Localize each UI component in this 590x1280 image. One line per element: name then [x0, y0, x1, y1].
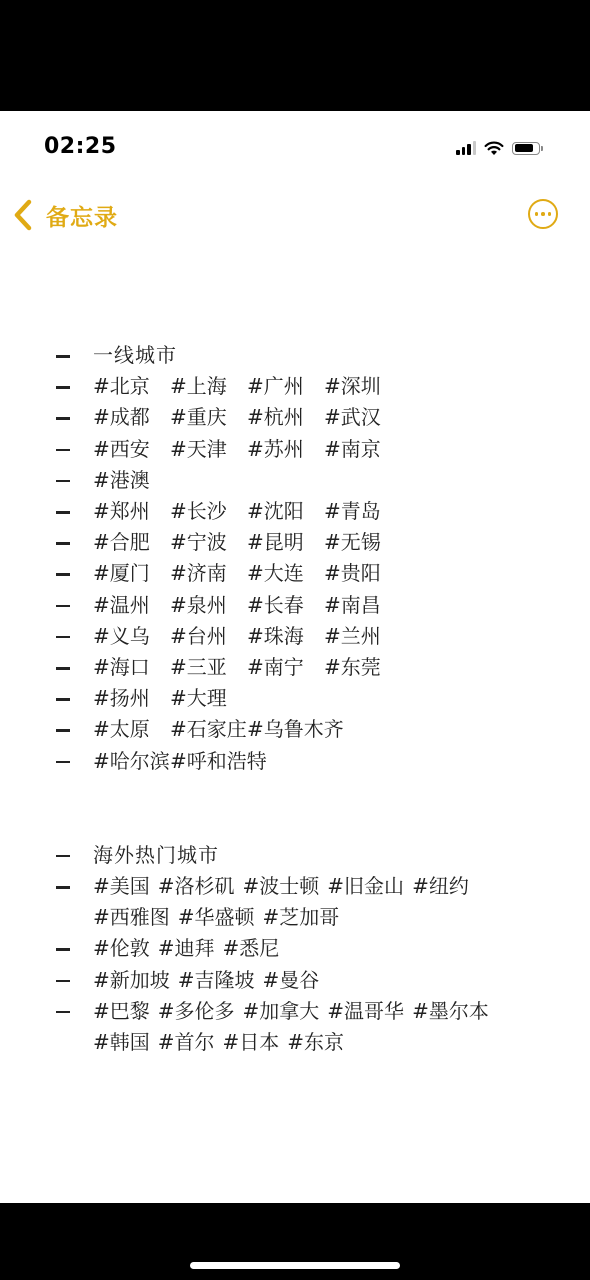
row-content: #港澳 [93, 465, 553, 496]
hashtag-link[interactable]: #北京 [93, 371, 170, 402]
hashtag-link[interactable]: #南昌 [324, 590, 394, 621]
chevron-left-icon [12, 198, 34, 232]
row-content: #太原#石家庄#乌鲁木齐 [93, 714, 553, 745]
list-item: #巴黎#多伦多#加拿大#温哥华#墨尔本#韩国#首尔#日本#东京 [0, 996, 590, 1058]
section-heading: 海外热门城市 [93, 840, 219, 871]
hashtag-link[interactable]: #港澳 [93, 465, 170, 496]
hashtag-link[interactable]: #泉州 [170, 590, 247, 621]
top-black-bar [0, 0, 590, 111]
hashtag-link[interactable]: #巴黎 [93, 996, 150, 1027]
hashtag-link[interactable]: #多伦多 [158, 996, 235, 1027]
hashtag-link[interactable]: #韩国 [93, 1027, 150, 1058]
hashtag-link[interactable]: #悉尼 [223, 933, 280, 964]
hashtag-link[interactable]: #迪拜 [158, 933, 215, 964]
hashtag-link[interactable]: #新加坡 [93, 965, 170, 996]
list-item: #义乌#台州#珠海#兰州 [0, 621, 590, 652]
hashtag-link[interactable]: #加拿大 [243, 996, 320, 1027]
row-content: 海外热门城市 [93, 840, 553, 871]
hashtag-link[interactable]: #芝加哥 [263, 902, 340, 933]
hashtag-link[interactable]: #珠海 [247, 621, 324, 652]
hashtag-link[interactable]: #哈尔滨 [93, 746, 170, 777]
wifi-icon [484, 141, 504, 156]
row-content: #合肥#宁波#昆明#无锡 [93, 527, 553, 558]
note-body[interactable]: 一线城市#北京#上海#广州#深圳#成都#重庆#杭州#武汉#西安#天津#苏州#南京… [0, 340, 590, 1058]
hashtag-link[interactable]: #天津 [170, 434, 247, 465]
hashtag-link[interactable]: #首尔 [158, 1027, 215, 1058]
list-item: #温州#泉州#长春#南昌 [0, 590, 590, 621]
hashtag-link[interactable]: #太原 [93, 714, 170, 745]
hashtag-link[interactable]: #济南 [170, 558, 247, 589]
section-heading: 一线城市 [93, 340, 177, 371]
row-content: 一线城市 [93, 340, 553, 371]
row-content: #义乌#台州#珠海#兰州 [93, 621, 553, 652]
row-content: #伦敦#迪拜#悉尼 [93, 933, 553, 964]
hashtag-link[interactable]: #长沙 [170, 496, 247, 527]
hashtag-link[interactable]: #美国 [93, 871, 150, 902]
list-item: #西安#天津#苏州#南京 [0, 434, 590, 465]
hashtag-link[interactable]: #深圳 [324, 371, 394, 402]
hashtag-link[interactable]: #旧金山 [327, 871, 404, 902]
ellipsis-dot [548, 212, 552, 216]
section-domestic: 一线城市#北京#上海#广州#深圳#成都#重庆#杭州#武汉#西安#天津#苏州#南京… [0, 340, 590, 777]
hashtag-link[interactable]: #呼和浩特 [170, 746, 247, 777]
row-content: #新加坡#吉隆坡#曼谷 [93, 965, 553, 996]
hashtag-link[interactable]: #无锡 [324, 527, 394, 558]
row-content: #海口#三亚#南宁#东莞 [93, 652, 553, 683]
home-indicator[interactable] [190, 1262, 400, 1269]
hashtag-link[interactable]: #三亚 [170, 652, 247, 683]
hashtag-link[interactable]: #华盛顿 [178, 902, 255, 933]
back-label: 备忘录 [46, 199, 118, 232]
status-icons [456, 138, 540, 158]
list-item: #新加坡#吉隆坡#曼谷 [0, 965, 590, 996]
hashtag-link[interactable]: #吉隆坡 [178, 965, 255, 996]
row-content: #巴黎#多伦多#加拿大#温哥华#墨尔本#韩国#首尔#日本#东京 [93, 996, 553, 1058]
row-content: #郑州#长沙#沈阳#青岛 [93, 496, 553, 527]
row-content: #成都#重庆#杭州#武汉 [93, 402, 553, 433]
hashtag-link[interactable]: #重庆 [170, 402, 247, 433]
hashtag-link[interactable]: #纽约 [412, 871, 469, 902]
section-heading-row: 海外热门城市 [0, 840, 590, 871]
hashtag-link[interactable]: #墨尔本 [412, 996, 489, 1027]
hashtag-link[interactable]: #合肥 [93, 527, 170, 558]
hashtag-link[interactable]: #沈阳 [247, 496, 324, 527]
hashtag-link[interactable]: #大理 [170, 683, 247, 714]
list-item: #合肥#宁波#昆明#无锡 [0, 527, 590, 558]
row-content: #扬州#大理 [93, 683, 553, 714]
hashtag-link[interactable]: #伦敦 [93, 933, 150, 964]
back-button[interactable]: 备忘录 [12, 198, 118, 232]
hashtag-link[interactable]: #台州 [170, 621, 247, 652]
hashtag-link[interactable]: #昆明 [247, 527, 324, 558]
hashtag-link[interactable]: #杭州 [247, 402, 324, 433]
row-content: #美国#洛杉矶#波士顿#旧金山#纽约#西雅图#华盛顿#芝加哥 [93, 871, 553, 933]
list-item: #厦门#济南#大连#贵阳 [0, 558, 590, 589]
row-content: #温州#泉州#长春#南昌 [93, 590, 553, 621]
list-item: #海口#三亚#南宁#东莞 [0, 652, 590, 683]
list-item: #扬州#大理 [0, 683, 590, 714]
hashtag-link[interactable]: #大连 [247, 558, 324, 589]
hashtag-link[interactable]: #兰州 [324, 621, 394, 652]
cellular-signal-icon [456, 141, 476, 155]
hashtag-link[interactable]: #成都 [93, 402, 170, 433]
row-content: #厦门#济南#大连#贵阳 [93, 558, 553, 589]
hashtag-link[interactable]: #温哥华 [327, 996, 404, 1027]
hashtag-link[interactable]: #东莞 [324, 652, 394, 683]
list-item: #太原#石家庄#乌鲁木齐 [0, 714, 590, 745]
hashtag-link[interactable]: #温州 [93, 590, 170, 621]
hashtag-link[interactable]: #武汉 [324, 402, 394, 433]
hashtag-link[interactable]: #石家庄 [170, 714, 247, 745]
status-time: 02:25 [44, 134, 117, 159]
more-options-button[interactable] [528, 199, 558, 229]
hashtag-link[interactable]: #义乌 [93, 621, 170, 652]
hashtag-link[interactable]: #洛杉矶 [158, 871, 235, 902]
hashtag-link[interactable]: #南宁 [247, 652, 324, 683]
hashtag-link[interactable]: #日本 [223, 1027, 280, 1058]
hashtag-link[interactable]: #青岛 [324, 496, 394, 527]
hashtag-link[interactable]: #西安 [93, 434, 170, 465]
list-item: #北京#上海#广州#深圳 [0, 371, 590, 402]
hashtag-link[interactable]: #苏州 [247, 434, 324, 465]
row-content: #哈尔滨#呼和浩特 [93, 746, 553, 777]
hashtag-link[interactable]: #东京 [287, 1027, 344, 1058]
hashtag-link[interactable]: #上海 [170, 371, 247, 402]
section-heading-row: 一线城市 [0, 340, 590, 371]
ellipsis-dot [541, 212, 545, 216]
section-overseas: 海外热门城市#美国#洛杉矶#波士顿#旧金山#纽约#西雅图#华盛顿#芝加哥#伦敦#… [0, 840, 590, 1058]
hashtag-link[interactable]: #曼谷 [263, 965, 320, 996]
hashtag-link[interactable]: #郑州 [93, 496, 170, 527]
hashtag-link[interactable]: #海口 [93, 652, 170, 683]
hashtag-link[interactable]: #乌鲁木齐 [247, 714, 324, 745]
hashtag-link[interactable]: #厦门 [93, 558, 170, 589]
list-item: #伦敦#迪拜#悉尼 [0, 933, 590, 964]
row-content: #西安#天津#苏州#南京 [93, 434, 553, 465]
hashtag-link[interactable]: #南京 [324, 434, 394, 465]
battery-icon [512, 142, 540, 155]
row-content: #北京#上海#广州#深圳 [93, 371, 553, 402]
hashtag-link[interactable]: #西雅图 [93, 902, 170, 933]
hashtag-link[interactable]: #宁波 [170, 527, 247, 558]
list-item: #港澳 [0, 465, 590, 496]
hashtag-link[interactable]: #长春 [247, 590, 324, 621]
hashtag-link[interactable]: #波士顿 [243, 871, 320, 902]
list-item: #成都#重庆#杭州#武汉 [0, 402, 590, 433]
hashtag-link[interactable]: #广州 [247, 371, 324, 402]
ellipsis-dot [535, 212, 539, 216]
hashtag-link[interactable]: #贵阳 [324, 558, 394, 589]
list-item: #郑州#长沙#沈阳#青岛 [0, 496, 590, 527]
list-item: #美国#洛杉矶#波士顿#旧金山#纽约#西雅图#华盛顿#芝加哥 [0, 871, 590, 933]
hashtag-link[interactable]: #扬州 [93, 683, 170, 714]
list-item: #哈尔滨#呼和浩特 [0, 746, 590, 777]
